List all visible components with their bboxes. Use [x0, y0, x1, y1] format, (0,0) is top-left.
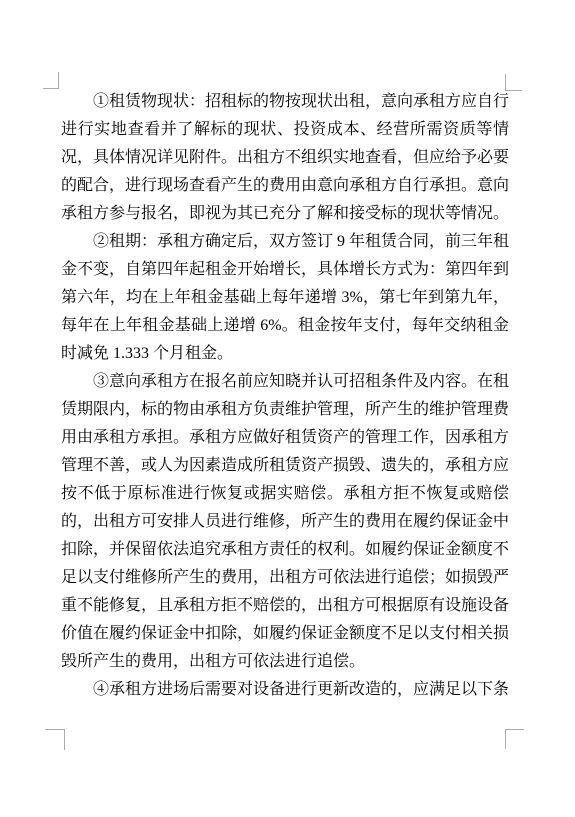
paragraph-leased-property-status: ①租赁物现状：招租标的物按现状出租，意向承租方应自行进行实地查看并了解标的现状、… — [61, 88, 509, 228]
margin-mark-bottom-right-icon — [505, 729, 524, 749]
margin-mark-top-left-icon — [43, 72, 59, 89]
paragraph-equipment-renovation: ④承租方进场后需要对设备进行更新改造的，应满足以下条 — [61, 676, 509, 704]
paragraph-maintenance-liability: ③意向承租方在报名前应知晓并认可招租条件及内容。在租赁期限内，标的物由承租方负责… — [61, 368, 509, 676]
margin-mark-bottom-left-icon — [45, 729, 65, 750]
document-body: ①租赁物现状：招租标的物按现状出租，意向承租方应自行进行实地查看并了解标的现状、… — [61, 88, 509, 704]
document-page: { "page": { "background_color": "#ffffff… — [0, 0, 575, 817]
paragraph-lease-term: ②租期：承租方确定后，双方签订 9 年租赁合同，前三年租金不变，自第四年起租金开… — [61, 228, 509, 368]
